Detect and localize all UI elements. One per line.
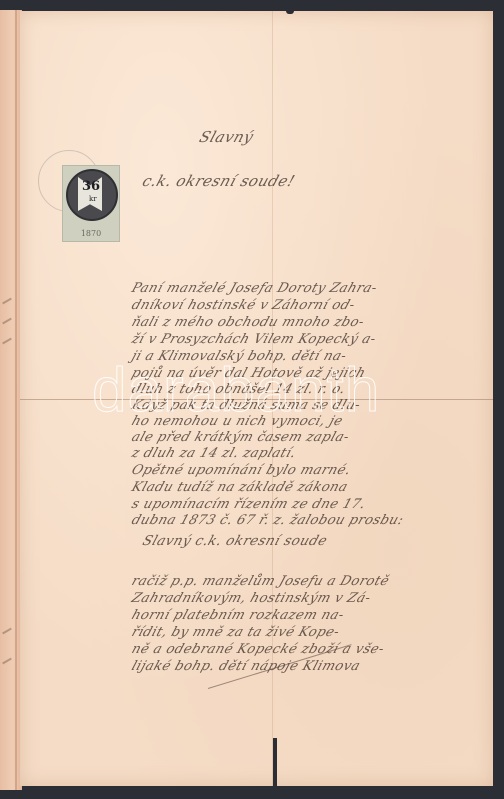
- salutation-line-2: c.k. okresní soude!: [140, 172, 297, 190]
- body-line: s upomínacím řízením ze dne 17.: [130, 497, 368, 512]
- top-tear: [286, 11, 294, 14]
- ink-fragment: [2, 628, 12, 635]
- body-line: ale před krátkým časem zapla-: [130, 430, 352, 445]
- body-line: Když pak ta dlužná suma se dlu-: [130, 398, 363, 413]
- salutation-line-1: Slavný: [197, 128, 256, 146]
- body-line: pojů na úvěr dal Hotově až jejich: [130, 366, 368, 381]
- bottom-tear: [273, 738, 277, 788]
- body-line: ji a Klimovalský bohp. dětí na-: [130, 349, 349, 364]
- stamp-unit: kr: [89, 195, 97, 203]
- petition-line: lijaké bohp. dětí nápoje Klimova: [130, 659, 363, 674]
- court-address: Slavný c.k. okresní soude: [140, 533, 329, 549]
- body-line: Opětné upomínání bylo marné.: [130, 463, 353, 478]
- body-line: dluh z toho obnášel 14 zl. r. o.: [130, 382, 348, 397]
- body-line: ňali z mého obchodu mnoho zbo-: [130, 315, 367, 330]
- page-crease: [15, 10, 17, 790]
- stamp-year: 1870: [63, 229, 119, 238]
- body-line: Kladu tudíž na základě zákona: [130, 480, 350, 495]
- stamp-value: 36: [82, 179, 100, 194]
- ink-fragment: [2, 658, 12, 665]
- body-line: Paní manželé Josefa Doroty Zahra-: [130, 281, 380, 296]
- petition-line: horní platebním rozkazem na-: [130, 608, 346, 623]
- body-line: z dluh za 14 zl. zaplatí.: [130, 446, 298, 461]
- ink-fragment: [2, 318, 12, 325]
- revenue-stamp: 36 kr 1870: [62, 165, 120, 242]
- ink-fragment: [2, 338, 12, 345]
- scan-background: 36 kr 1870 Slavný c.k. okresní soude! Pa…: [0, 0, 504, 799]
- body-line: ží v Prosyzchách Vilem Kopecký a-: [130, 332, 378, 347]
- petition-line: račiž p.p. manželům Josefu a Dorotě: [130, 574, 392, 589]
- adjacent-page-strip: [0, 10, 22, 790]
- body-line: dníkoví hostinské v Záhorní od-: [130, 298, 357, 313]
- body-line: dubna 1873 č. 67 ř. z. žalobou prosbu:: [130, 513, 406, 528]
- stamp-disc: 36 kr: [66, 169, 118, 221]
- ink-fragment: [2, 298, 12, 305]
- petition-line: Zahradníkovým, hostinským v Zá-: [130, 591, 373, 606]
- body-line: ho nemohou u nich vymoci, je: [130, 414, 345, 429]
- petition-line: řídit, by mně za ta živé Kope-: [130, 625, 342, 640]
